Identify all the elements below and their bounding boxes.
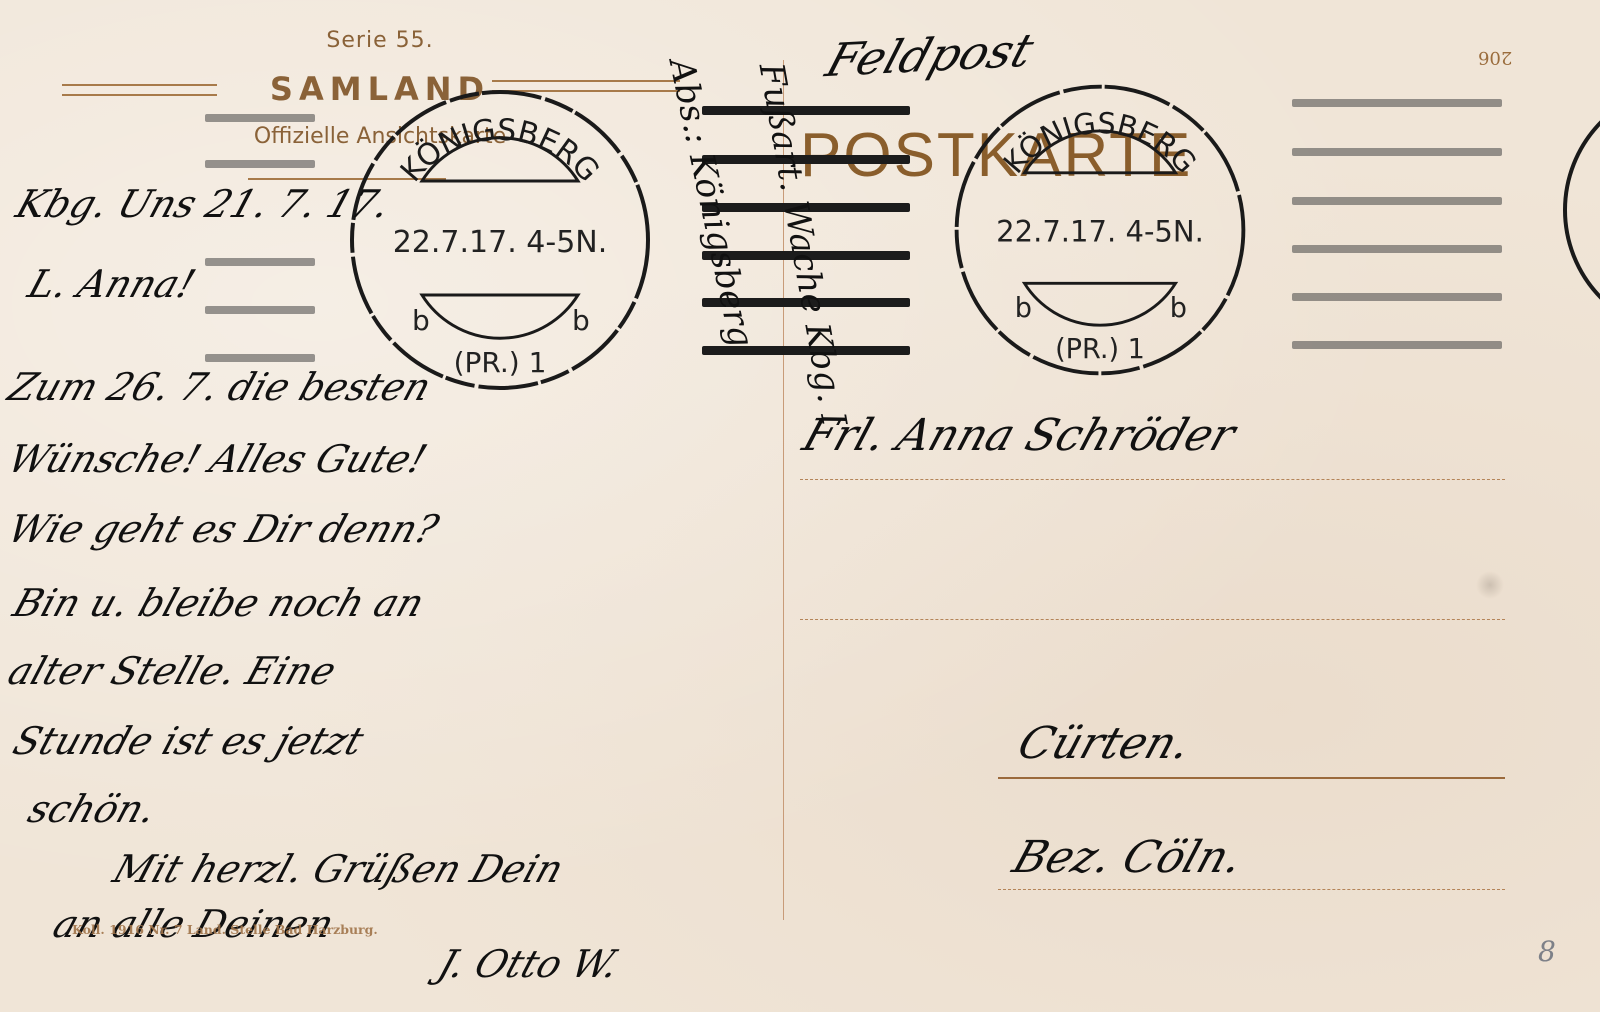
svg-text:b: b bbox=[1170, 293, 1187, 324]
svg-text:(PR.) 1: (PR.) 1 bbox=[454, 346, 547, 379]
series-label: Serie 55. bbox=[0, 28, 760, 53]
feldpost-note: Feldpost bbox=[820, 23, 1040, 87]
cancel-bar bbox=[205, 354, 315, 362]
message-line: alter Stelle. Eine bbox=[4, 652, 341, 690]
message-line: Kbg. Uns 21. 7. 17. bbox=[12, 185, 395, 223]
message-line: Mit herzl. Grüßen Dein bbox=[109, 850, 568, 888]
message-line: schön. bbox=[24, 790, 161, 828]
postmark-edge bbox=[1540, 100, 1600, 340]
address-line bbox=[800, 479, 1505, 480]
serial-number: 206 bbox=[1478, 47, 1512, 68]
message-line: Zum 26. 7. die besten bbox=[4, 368, 436, 406]
message-line: Stunde ist es jetzt bbox=[9, 722, 368, 760]
publisher-imprint: Koll. 1916 Nr. 7 Land. Stelle Bad Harzbu… bbox=[72, 922, 378, 937]
postmark-stamp: KÖNIGSBERG 22.7.17. 4-5N. b b (PR.) 1 bbox=[340, 80, 660, 400]
cancel-bar bbox=[1292, 197, 1502, 205]
message-line: L. Anna! bbox=[24, 265, 200, 303]
postmark-stamp: KÖNIGSBERG 22.7.17. 4-5N. b b (PR.) 1 bbox=[945, 75, 1255, 385]
cancel-bar bbox=[205, 306, 315, 314]
svg-text:b: b bbox=[412, 304, 430, 337]
svg-text:22.7.17. 4-5N.: 22.7.17. 4-5N. bbox=[393, 225, 608, 260]
cancel-bar bbox=[205, 160, 315, 168]
cancel-bar bbox=[1292, 99, 1502, 107]
svg-text:b: b bbox=[572, 304, 590, 337]
svg-text:22.7.17. 4-5N.: 22.7.17. 4-5N. bbox=[996, 215, 1204, 249]
message-line: Bin u. bleibe noch an bbox=[9, 584, 429, 622]
cancel-bar bbox=[702, 106, 910, 115]
recipient-district: Bez. Cöln. bbox=[1007, 832, 1250, 883]
cancel-bar bbox=[205, 114, 315, 122]
recipient-town: Cürten. bbox=[1012, 718, 1198, 769]
cancel-bar bbox=[1292, 148, 1502, 156]
recipient-name: Frl. Anna Schröder bbox=[797, 410, 1242, 461]
cancel-bar bbox=[1292, 245, 1502, 253]
address-line bbox=[998, 889, 1505, 890]
svg-text:KÖNIGSBERG: KÖNIGSBERG bbox=[997, 106, 1204, 180]
message-line: Wünsche! Alles Gute! bbox=[4, 440, 432, 478]
address-line bbox=[800, 619, 1505, 620]
svg-text:b: b bbox=[1015, 293, 1032, 324]
pencil-mark: 8 bbox=[1538, 935, 1556, 968]
postcard: Serie 55. SAMLAND Offizielle Ansichtskar… bbox=[0, 0, 1600, 1012]
svg-text:KÖNIGSBERG: KÖNIGSBERG bbox=[394, 113, 606, 189]
margin-note-vertical: Fußart. Wache Kbg. I bbox=[751, 60, 854, 429]
cancel-bar bbox=[1292, 341, 1502, 349]
message-line: Wie geht es Dir denn? bbox=[4, 510, 443, 548]
signature: J. Otto W. bbox=[434, 945, 624, 983]
address-line bbox=[998, 777, 1505, 779]
cancel-bar bbox=[1292, 293, 1502, 301]
svg-text:(PR.) 1: (PR.) 1 bbox=[1055, 334, 1145, 365]
cancel-bar bbox=[205, 258, 315, 266]
